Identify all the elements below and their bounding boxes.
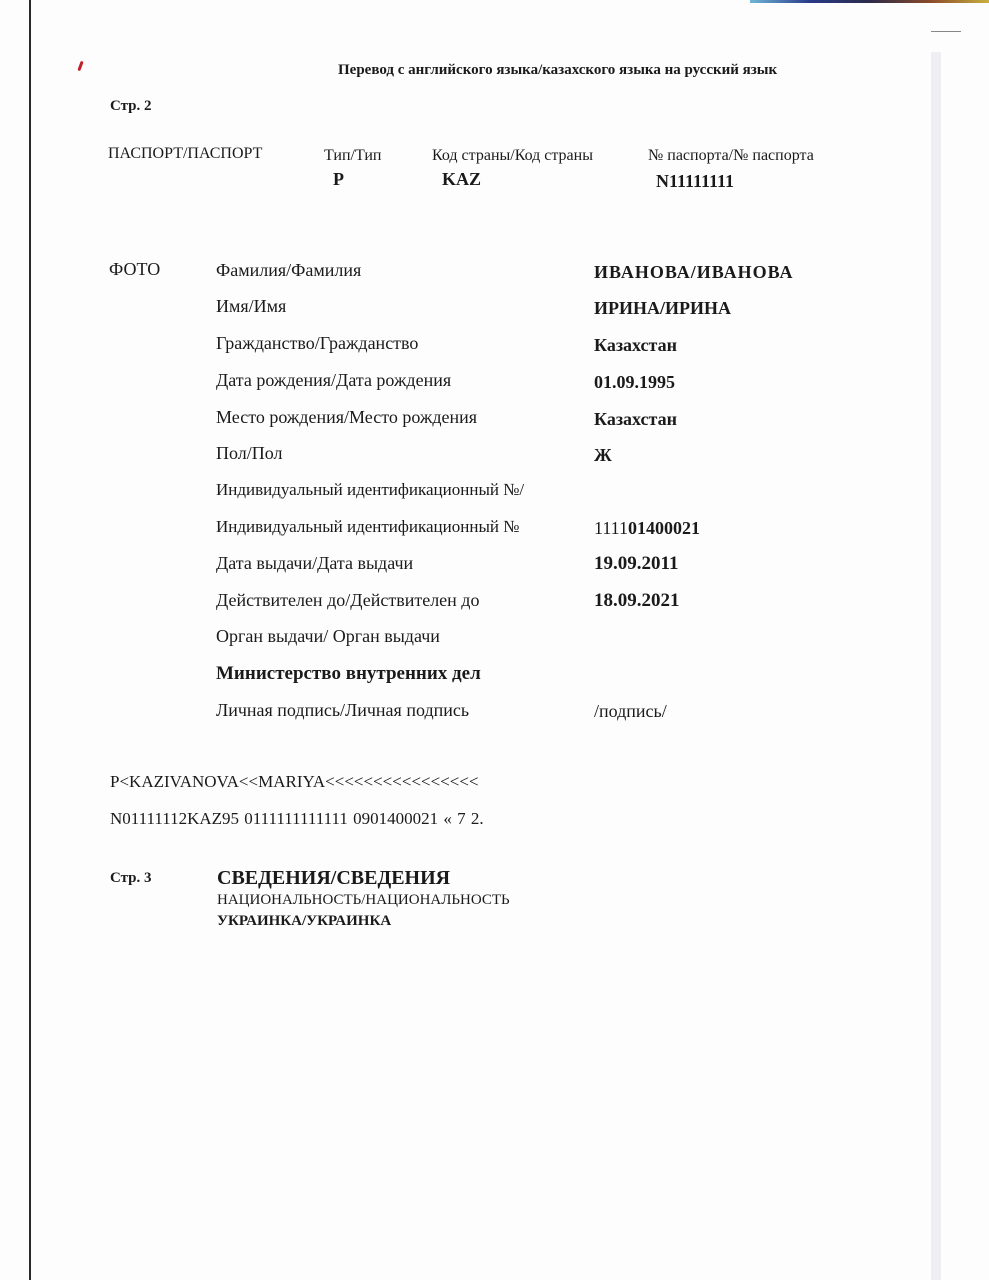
red-pen-mark	[77, 61, 83, 71]
field-value-birth-date: 01.09.1995	[594, 372, 675, 393]
iin-prefix: 1111	[594, 518, 628, 538]
passport-number-value: N11111111	[656, 171, 734, 192]
field-value-birth-place: Казахстан	[594, 409, 677, 430]
field-label-surname: Фамилия/Фамилия	[216, 260, 361, 281]
field-label-name: Имя/Имя	[216, 296, 286, 317]
scan-color-strip	[750, 0, 989, 3]
field-value-sex: Ж	[594, 445, 612, 466]
field-label-birth-place: Место рождения/Место рождения	[216, 407, 477, 428]
field-value-citizenship: Казахстан	[594, 335, 677, 356]
photo-label: ФОТО	[109, 259, 160, 280]
iin-suffix: 01400021	[628, 518, 700, 538]
page-3-subtitle: НАЦИОНАЛЬНОСТЬ/НАЦИОНАЛЬНОСТЬ	[217, 892, 510, 909]
field-label-citizenship: Гражданство/Гражданство	[216, 333, 418, 354]
passport-doc-label: ПАСПОРТ/ПАСПОРТ	[108, 145, 262, 163]
field-value-name: ИРИНА/ИРИНА	[594, 298, 731, 319]
country-code-label: Код страны/Код страны	[432, 147, 593, 165]
signature-label: Личная подпись/Личная подпись	[216, 700, 469, 721]
mrz-line-1: P<KAZIVANOVA<<MARIYA<<<<<<<<<<<<<<<<	[110, 772, 479, 792]
issuing-authority: Министерство внутренних дел	[216, 663, 481, 685]
translation-header: Перевод с английского языка/казахского я…	[338, 62, 777, 79]
scan-mark	[931, 31, 961, 32]
page-2-label: Стр. 2	[110, 98, 152, 115]
type-label: Тип/Тип	[324, 147, 381, 165]
scanned-page: Перевод с английского языка/казахского я…	[0, 0, 989, 1280]
type-value: P	[333, 169, 344, 190]
field-label-authority: Орган выдачи/ Орган выдачи	[216, 626, 440, 647]
page-3-label: Стр. 3	[110, 870, 152, 887]
field-label-birth-date: Дата рождения/Дата рождения	[216, 370, 451, 391]
country-code-value: KAZ	[442, 169, 481, 190]
field-label-expiry-date: Действителен до/Действителен до	[216, 590, 479, 611]
scan-edge-line	[29, 0, 31, 1280]
page-3-title: СВЕДЕНИЯ/СВЕДЕНИЯ	[217, 867, 450, 890]
passport-number-label: № паспорта/№ паспорта	[648, 147, 814, 165]
scan-shadow-band	[931, 52, 941, 1280]
field-label-iin-2: Индивидуальный идентификационный №	[216, 517, 519, 537]
page-3-value: УКРАИНКА/УКРАИНКА	[217, 913, 391, 930]
field-value-iin: 111101400021	[594, 518, 700, 539]
signature-value: /подпись/	[594, 701, 667, 722]
field-value-surname: ИВАНОВА/ИВАНОВА	[594, 262, 794, 283]
field-value-issue-date: 19.09.2011	[594, 553, 678, 575]
field-value-expiry-date: 18.09.2021	[594, 590, 680, 612]
field-label-sex: Пол/Пол	[216, 443, 283, 464]
mrz-line-2: N01111112KAZ95 0111111111111 0901400021 …	[110, 809, 484, 829]
field-label-issue-date: Дата выдачи/Дата выдачи	[216, 553, 413, 574]
field-label-iin-1: Индивидуальный идентификационный №/	[216, 480, 524, 500]
